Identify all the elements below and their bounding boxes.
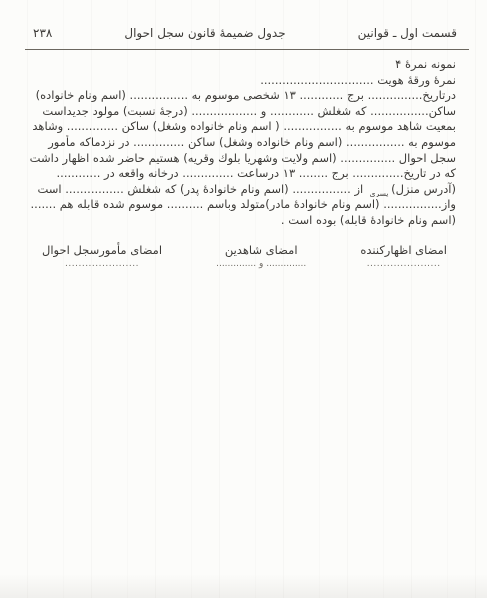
form-line: (آدرس منزل)پسریدختری از ................… [30,182,456,198]
form-lines: نمونه نمرهٔ ۴نمرهٔ ورقهٔ هويت ..........… [30,57,456,229]
form-line: درتاريخ............... برج ............ … [30,88,456,104]
signature-label: امضاى مأمورسجل احوال [42,243,162,258]
header-section-title: قسمت اول ـ قوانين [358,26,457,40]
form-line: سجل احوال ............... (اسم ولايت وشه… [30,151,456,167]
form-line: ساكن................ كه شغلش ...........… [30,104,456,120]
signature-row: امضاى اظهاركننده......................ام… [42,243,447,271]
signature-label: امضاى شاهدين [216,243,306,258]
signature-dotted-line: ...................... [360,258,447,271]
form-line: نمرهٔ ورقهٔ هويت .......................… [30,73,456,89]
form-line: كه در تاريخ.............. برج ........ ۱… [30,166,456,182]
form-line-text: (آدرس منزل) [391,182,456,196]
form-line-text: از ................ (اسم ونام خانوادهٔ پ… [37,182,366,196]
header-book-title: جدول ضميمهٔ قانون سجل احوال [124,26,285,40]
header-rule [25,49,469,50]
signature-label: امضاى اظهاركننده [360,243,447,258]
form-line: موسوم به ................ (اسم ونام خانو… [30,135,456,151]
page-number: ٢٣٨ [33,26,52,40]
signature-column: امضاى اظهاركننده...................... [360,243,447,271]
form-line: نمونه نمرهٔ ۴ [30,57,456,73]
son-daughter-choice: پسریدختری [369,190,389,198]
signature-column: امضاى شاهدين.............. و ...........… [216,243,306,271]
form-line: بمعيت شاهد موسوم به ................ ( ا… [30,119,456,135]
scanned-document-page: قسمت اول ـ قوانين جدول ضميمهٔ قانون سجل … [0,0,487,598]
signature-column: امضاى مأمورسجل احوال....................… [42,243,162,271]
signature-dotted-line: .............. و .............. [216,258,306,271]
signature-dotted-line: ...................... [42,258,162,271]
scan-bottom-shade [0,574,487,598]
form-line: واز................ (اسم ونام خانوادهٔ م… [30,197,456,213]
page-header: قسمت اول ـ قوانين جدول ضميمهٔ قانون سجل … [33,26,457,40]
form-line: (اسم ونام خانوادهٔ قابله) بوده است . [30,213,456,229]
